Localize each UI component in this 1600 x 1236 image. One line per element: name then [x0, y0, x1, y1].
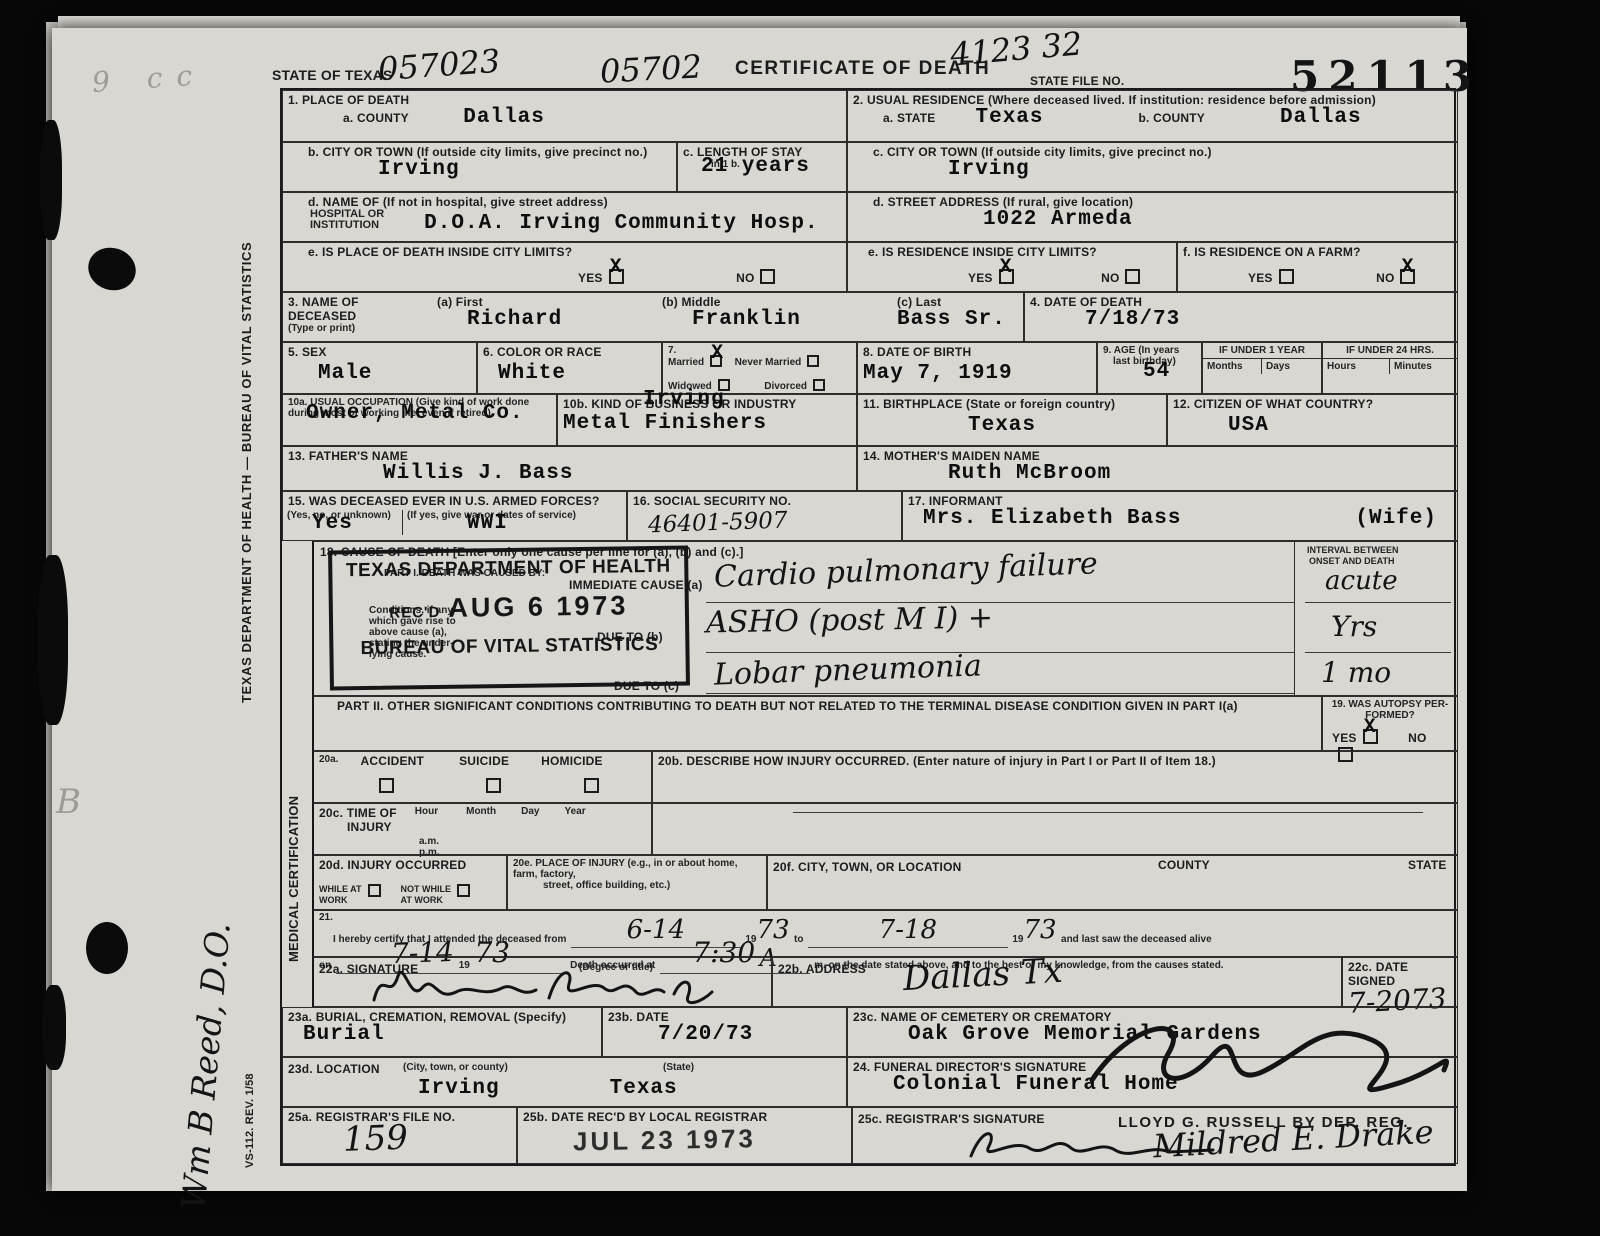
yes-label: YES [1332, 731, 1357, 745]
month-label: Month [466, 806, 496, 834]
address-label: 22b. ADDRESS [778, 962, 866, 976]
informant: 17. INFORMANT Mrs. Elizabeth Bass (Wife) [902, 491, 1458, 541]
burial-value: Burial [303, 1024, 596, 1046]
res-city-value: Irving [948, 159, 1452, 181]
mothers-maiden-name: 14. MOTHER'S MAIDEN NAME Ruth McBroom [857, 446, 1458, 491]
residence-on-farm: f. IS RESIDENCE ON A FARM? YES NOX [1177, 242, 1458, 292]
place-injury-label2: street, office building, etc.) [543, 880, 761, 891]
citizen-of: 12. CITIZEN OF WHAT COUNTRY? USA [1167, 394, 1458, 446]
injury-blank-area [652, 803, 1458, 855]
sex: 5. SEX Male [282, 342, 477, 394]
autopsy-label2: FORMED? [1328, 710, 1452, 721]
deputy-registrar-signature: Mildred E. Drake [1153, 1119, 1435, 1160]
armed-forces: 15. WAS DECEASED EVER IN U.S. ARMED FORC… [282, 491, 627, 541]
interval-c-value: 1 mo [1321, 660, 1391, 686]
checkbox-farm-no: X [1400, 269, 1415, 284]
yes-label: YES [968, 271, 993, 285]
checkbox-suicide [486, 778, 501, 793]
burial-label: 23a. BURIAL, CREMATION, REMOVAL (Specify… [288, 1010, 596, 1024]
homicide-label: HOMICIDE [541, 754, 603, 768]
torn-edge [38, 555, 68, 725]
fathers-name: 13. FATHER'S NAME Willis J. Bass [282, 446, 857, 491]
funeral-director-signature-mark [1072, 1010, 1462, 1110]
stamp-recd: REC'D [389, 604, 440, 622]
yes-label: YES [1248, 271, 1273, 285]
state-value: Texas [976, 107, 1044, 129]
x-mark: X [1364, 716, 1376, 739]
informant-relation: (Wife) [1355, 508, 1437, 530]
street-address-value: 1022 Armeda [983, 209, 1452, 231]
to-label: to [794, 934, 803, 945]
checkbox-never-married [807, 355, 819, 367]
if-under-1-year: IF UNDER 1 YEAR Months Days [1202, 342, 1322, 394]
death-inside-city-limits: e. IS PLACE OF DEATH INSIDE CITY LIMITS?… [282, 242, 847, 292]
section2-title: 2. USUAL RESIDENCE (Where deceased lived… [853, 93, 1452, 107]
injury-occurred: 20d. INJURY OCCURRED WHILE AT WORK NOT W… [312, 855, 507, 910]
accident-label: ACCIDENT [360, 754, 424, 768]
informant-label: 17. INFORMANT [908, 494, 1452, 508]
registrar-signature: 25c. REGISTRAR'S SIGNATURE LLOYD G. RUSS… [852, 1107, 1458, 1164]
attended-to-year: 73 [1023, 917, 1056, 943]
punch-hole [86, 922, 128, 974]
color-or-race: 6. COLOR OR RACE White [477, 342, 662, 394]
minutes-label: Minutes [1390, 359, 1457, 374]
dob-label: 8. DATE OF BIRTH [863, 345, 1091, 359]
hours-label: Hours [1323, 359, 1390, 374]
mother-value: Ruth McBroom [948, 463, 1452, 485]
birthplace-label: 11. BIRTHPLACE (State or foreign country… [863, 397, 1161, 411]
place-injury-label: 20e. PLACE OF INJURY (e.g., in or about … [513, 858, 761, 880]
not-while-label2: AT WORK [401, 895, 452, 906]
father-value: Willis J. Bass [383, 463, 851, 485]
middle-name-value: Franklin [692, 309, 887, 331]
describe-injury: 20b. DESCRIBE HOW INJURY OCCURRED. (Ente… [652, 751, 1458, 803]
certification-statement: 21. I hereby certify that I attended the… [312, 910, 1458, 957]
physician-address: 22b. ADDRESS Dallas Tx [772, 957, 1342, 1007]
checkbox-married: X [710, 355, 722, 367]
interval-label1: INTERVAL BETWEEN [1307, 545, 1460, 556]
last-name-label: (c) Last [897, 295, 1018, 309]
checkbox-res-city-yes: X [999, 269, 1014, 284]
received-stamp: TEXAS DEPARTMENT OF HEALTH REC'DAUG 6 19… [328, 545, 690, 690]
no-label: NO [1376, 271, 1394, 285]
business-overtype: Irving [643, 389, 725, 411]
injury-county-label: COUNTY [1158, 858, 1210, 872]
county-value: Dallas [463, 106, 545, 129]
injury-city-label: 20f. CITY, TOWN, OR LOCATION [773, 860, 962, 874]
sex-value: Male [318, 363, 471, 385]
time-of-injury: 20c. TIME OF INJURY Hour Month Day Year … [312, 803, 652, 855]
street-address-label: d. STREET ADDRESS (If rural, give locati… [873, 195, 1452, 209]
checkbox-res-city-no [1125, 269, 1140, 284]
header-state: STATE OF TEXAS [272, 68, 393, 82]
armed-forces-label: 15. WAS DECEASED EVER IN U.S. ARMED FORC… [283, 492, 626, 510]
married-label: Married [668, 357, 704, 368]
dob-value: May 7, 1919 [863, 363, 1091, 385]
race-label: 6. COLOR OR RACE [483, 345, 656, 359]
medical-certification-label: MEDICAL CERTIFICATION [287, 602, 301, 962]
date-signed: 22c. DATE SIGNED 7-2073 [1342, 957, 1458, 1007]
divorced-label: Divorced [764, 381, 807, 392]
time-injury-label1: 20c. TIME OF [319, 806, 397, 820]
name-of-deceased-label: 3. NAME OF DECEASED (Type or print) [282, 292, 432, 342]
stamp-date: AUG 6 1973 [448, 590, 628, 623]
city-or-town-residence: c. CITY OR TOWN (If outside city limits,… [847, 142, 1458, 192]
location-label: 23d. LOCATION [288, 1062, 380, 1076]
injury-city-county-state: 20f. CITY, TOWN, OR LOCATION COUNTY STAT… [767, 855, 1458, 910]
cause-a-value: Cardio pulmonary failure [714, 551, 1099, 590]
burial-date-label: 23b. DATE [608, 1010, 841, 1024]
race-value: White [498, 363, 656, 385]
city-label: b. CITY OR TOWN (If outside city limits,… [308, 145, 671, 159]
mother-label: 14. MOTHER'S MAIDEN NAME [863, 449, 1452, 463]
residence-inside-city-limits: e. IS RESIDENCE INSIDE CITY LIMITS? YESX… [847, 242, 1177, 292]
checkbox-autopsy-yes: X [1363, 729, 1378, 744]
date-of-death-label: 4. DATE OF DEATH [1030, 295, 1452, 309]
date-received-stamp: JUL 23 1973 [573, 1122, 846, 1158]
date-of-death: 4. DATE OF DEATH 7/18/73 [1024, 292, 1458, 342]
checkbox-divorced [813, 379, 825, 391]
burial-date-value: 7/20/73 [658, 1024, 841, 1046]
checkbox-death-city-no [760, 269, 775, 284]
physician-signature-mark [364, 958, 754, 1008]
time-injury-label2: INJURY [347, 820, 397, 834]
birthplace-value: Texas [968, 415, 1161, 437]
autopsy: 19. WAS AUTOPSY PER- FORMED? YESX NO [1322, 696, 1458, 751]
first-name-label: (a) First [437, 295, 652, 309]
age-label: 9. AGE (In years [1103, 345, 1196, 356]
attended-from-year: 73 [756, 917, 789, 943]
part-2-conditions: PART II. OTHER SIGNIFICANT CONDITIONS CO… [312, 696, 1322, 751]
header-handwritten-file-no: 4123 32 [949, 30, 1083, 67]
checkbox-farm-yes [1279, 269, 1294, 284]
day-label: Day [521, 806, 539, 834]
middle-name-label: (b) Middle [662, 295, 887, 309]
usual-residence-state-county: 2. USUAL RESIDENCE (Where deceased lived… [847, 90, 1458, 142]
last-name-value: Bass Sr. [897, 309, 1018, 331]
header-handwritten-number-1: 057023 [377, 48, 501, 82]
length-of-stay-value: 21 years [701, 156, 841, 178]
x-mark: X [711, 342, 723, 365]
death-city-limits-label: e. IS PLACE OF DEATH INSIDE CITY LIMITS? [308, 245, 841, 259]
burial-date: 23b. DATE 7/20/73 [602, 1007, 847, 1057]
under-24-label: IF UNDER 24 HRS. [1323, 343, 1457, 359]
interval-a-value: acute [1325, 568, 1398, 594]
attended-to-date: 7-18 [879, 917, 937, 943]
location-state-sub: (State) [663, 1062, 694, 1073]
margin-department-text: TEXAS DEPARTMENT OF HEALTH — BUREAU OF V… [240, 198, 254, 703]
x-mark: X [1401, 256, 1413, 279]
city-or-town-death: b. CITY OR TOWN (If outside city limits,… [282, 142, 677, 192]
father-label: 13. FATHER'S NAME [288, 449, 851, 463]
20a-number: 20a. [319, 754, 338, 768]
middle-name: (b) Middle Franklin [657, 292, 892, 342]
state-label: a. STATE [883, 111, 936, 125]
place-of-injury: 20e. PLACE OF INJURY (e.g., in or about … [507, 855, 767, 910]
part2-label: PART II. OTHER SIGNIFICANT CONDITIONS CO… [337, 699, 1316, 713]
sex-label: 5. SEX [288, 345, 471, 359]
checkbox-homicide [584, 778, 599, 793]
while-at-work-label2: WORK [319, 895, 362, 906]
hospital-label3: INSTITUTION [310, 220, 384, 231]
location-state-value: Texas [610, 1078, 678, 1100]
registrar-file-no: 25a. REGISTRAR'S FILE NO. 159 [282, 1107, 517, 1164]
occupation-value: Owner, Metal Co. [306, 403, 551, 425]
x-mark: X [1000, 256, 1012, 279]
date-of-death-value: 7/18/73 [1085, 309, 1452, 331]
citizen-label: 12. CITIZEN OF WHAT COUNTRY? [1173, 397, 1452, 411]
x-mark: X [610, 256, 622, 279]
res-city-limits-label: e. IS RESIDENCE INSIDE CITY LIMITS? [868, 245, 1171, 259]
checkbox-not-while-at-work [457, 884, 470, 897]
last-name: (c) Last Bass Sr. [892, 292, 1024, 342]
age-value: 54 [1143, 361, 1196, 383]
suicide-label: SUICIDE [459, 754, 509, 768]
kind-of-business: 10b. KIND OF BUSINESS OR INDUSTRY Irving… [557, 394, 857, 446]
hospital-value: D.O.A. Irving Community Hosp. [424, 213, 818, 235]
margin-form-number: VS-112. REV. 1/58 [243, 1038, 257, 1168]
section1-title: 1. PLACE OF DEATH [288, 93, 841, 107]
yes-label: YES [578, 271, 603, 285]
checkbox-while-at-work [368, 884, 381, 897]
injury-state-label: STATE [1408, 858, 1447, 872]
res-county-value: Dallas [1280, 107, 1362, 129]
year-label: Year [564, 806, 585, 834]
no-label: NO [736, 271, 754, 285]
name-title1: 3. NAME OF [288, 295, 427, 309]
business-value: Metal Finishers [563, 413, 851, 435]
checkbox-death-city-yes: X [609, 269, 624, 284]
while-at-work-label1: WHILE AT [319, 884, 362, 895]
length-of-stay: c. LENGTH OF STAY in 1 b. 21 years [677, 142, 847, 192]
ssn-value: 46401-5907 [648, 504, 897, 539]
header-handwritten-number-2: 05702 [599, 53, 702, 84]
usual-occupation: 10a. USUAL OCCUPATION (Give kind of work… [282, 394, 557, 446]
under-1-year-label: IF UNDER 1 YEAR [1203, 343, 1321, 359]
age: 9. AGE (In years last birthday) 54 [1097, 342, 1202, 394]
burial-cremation: 23a. BURIAL, CREMATION, REMOVAL (Specify… [282, 1007, 602, 1057]
no-label: NO [1101, 271, 1119, 285]
attended-from-date: 6-14 [627, 917, 685, 943]
stamp-line3: BUREAU OF VITAL STATISTICS [333, 634, 685, 661]
state-file-no-label: STATE FILE NO. [1030, 74, 1124, 88]
hospital-name: d. NAME OF (If not in hospital, give str… [282, 192, 847, 242]
no-label: NO [1408, 731, 1426, 745]
hospital-label: d. NAME OF (If not in hospital, give str… [308, 195, 841, 209]
first-name: (a) First Richard [432, 292, 657, 342]
months-label: Months [1203, 359, 1262, 374]
place-of-death-county: 1. PLACE OF DEATH a. COUNTY Dallas [282, 90, 847, 142]
interval-b-value: Yrs [1331, 614, 1377, 640]
birthplace: 11. BIRTHPLACE (State or foreign country… [857, 394, 1167, 446]
am-label: a.m. [419, 836, 646, 847]
cause-of-death: 18. CAUSE OF DEATH [Enter only one cause… [312, 541, 1458, 696]
marital-status: 7. MarriedX Never Married Widowed Divorc… [662, 342, 857, 394]
accident-suicide-homicide: 20a. ACCIDENT SUICIDE HOMICIDE [312, 751, 652, 803]
physician-signature: 22a. SIGNATURE (Degree or title) [312, 957, 772, 1007]
hour-label: Hour [415, 806, 438, 834]
autopsy-label1: 19. WAS AUTOPSY PER- [1328, 699, 1452, 710]
describe-injury-label: 20b. DESCRIBE HOW INJURY OCCURRED. (Ente… [658, 754, 1452, 768]
county-label: a. COUNTY [343, 111, 409, 125]
social-security-no: 16. SOCIAL SECURITY NO. 46401-5907 [627, 491, 902, 541]
if-under-24-hrs: IF UNDER 24 HRS. Hours Minutes [1322, 342, 1458, 394]
not-while-label1: NOT WHILE [401, 884, 452, 895]
pencil-mark: B [56, 782, 81, 822]
registrar-file-value: 159 [343, 1121, 512, 1153]
checkbox-accident [379, 778, 394, 793]
city-value: Irving [378, 159, 671, 181]
cause-b-value: ASHO (post M I) + [706, 605, 993, 636]
res-city-label: c. CITY OR TOWN (If outside city limits,… [873, 145, 1452, 159]
name-title3: (Type or print) [288, 323, 427, 334]
informant-value: Mrs. Elizabeth Bass [923, 508, 1181, 530]
stamp-line1: TEXAS DEPARTMENT OF HEALTH [332, 556, 684, 583]
burial-location: 23d. LOCATION (City, town, or county) (S… [282, 1057, 847, 1107]
name-title2: DECEASED [288, 309, 427, 323]
torn-edge [42, 985, 66, 1070]
date-of-birth: 8. DATE OF BIRTH May 7, 1919 [857, 342, 1097, 394]
never-married-label: Never Married [735, 357, 802, 368]
address-value: Dallas Tx [902, 958, 1063, 992]
location-city-value: Irving [418, 1078, 500, 1100]
date-received-registrar: 25b. DATE REC'D BY LOCAL REGISTRAR JUL 2… [517, 1107, 852, 1164]
cause-c-value: Lobar pneumonia [714, 653, 983, 688]
days-label: Days [1262, 359, 1321, 374]
citizen-value: USA [1228, 415, 1452, 437]
printed-19b: 19 [1012, 934, 1023, 945]
location-city-sub: (City, town, or county) [403, 1062, 508, 1073]
torn-edge [40, 120, 62, 240]
street-address: d. STREET ADDRESS (If rural, give locati… [847, 192, 1458, 242]
first-name-value: Richard [467, 309, 652, 331]
injury-occurred-label: 20d. INJURY OCCURRED [319, 858, 501, 872]
res-county-label: b. COUNTY [1139, 111, 1205, 125]
certify-text-2: and last saw the deceased alive [1061, 934, 1212, 945]
certificate-form: MEDICAL CERTIFICATION 1. PLACE OF DEATH … [280, 88, 1456, 1166]
